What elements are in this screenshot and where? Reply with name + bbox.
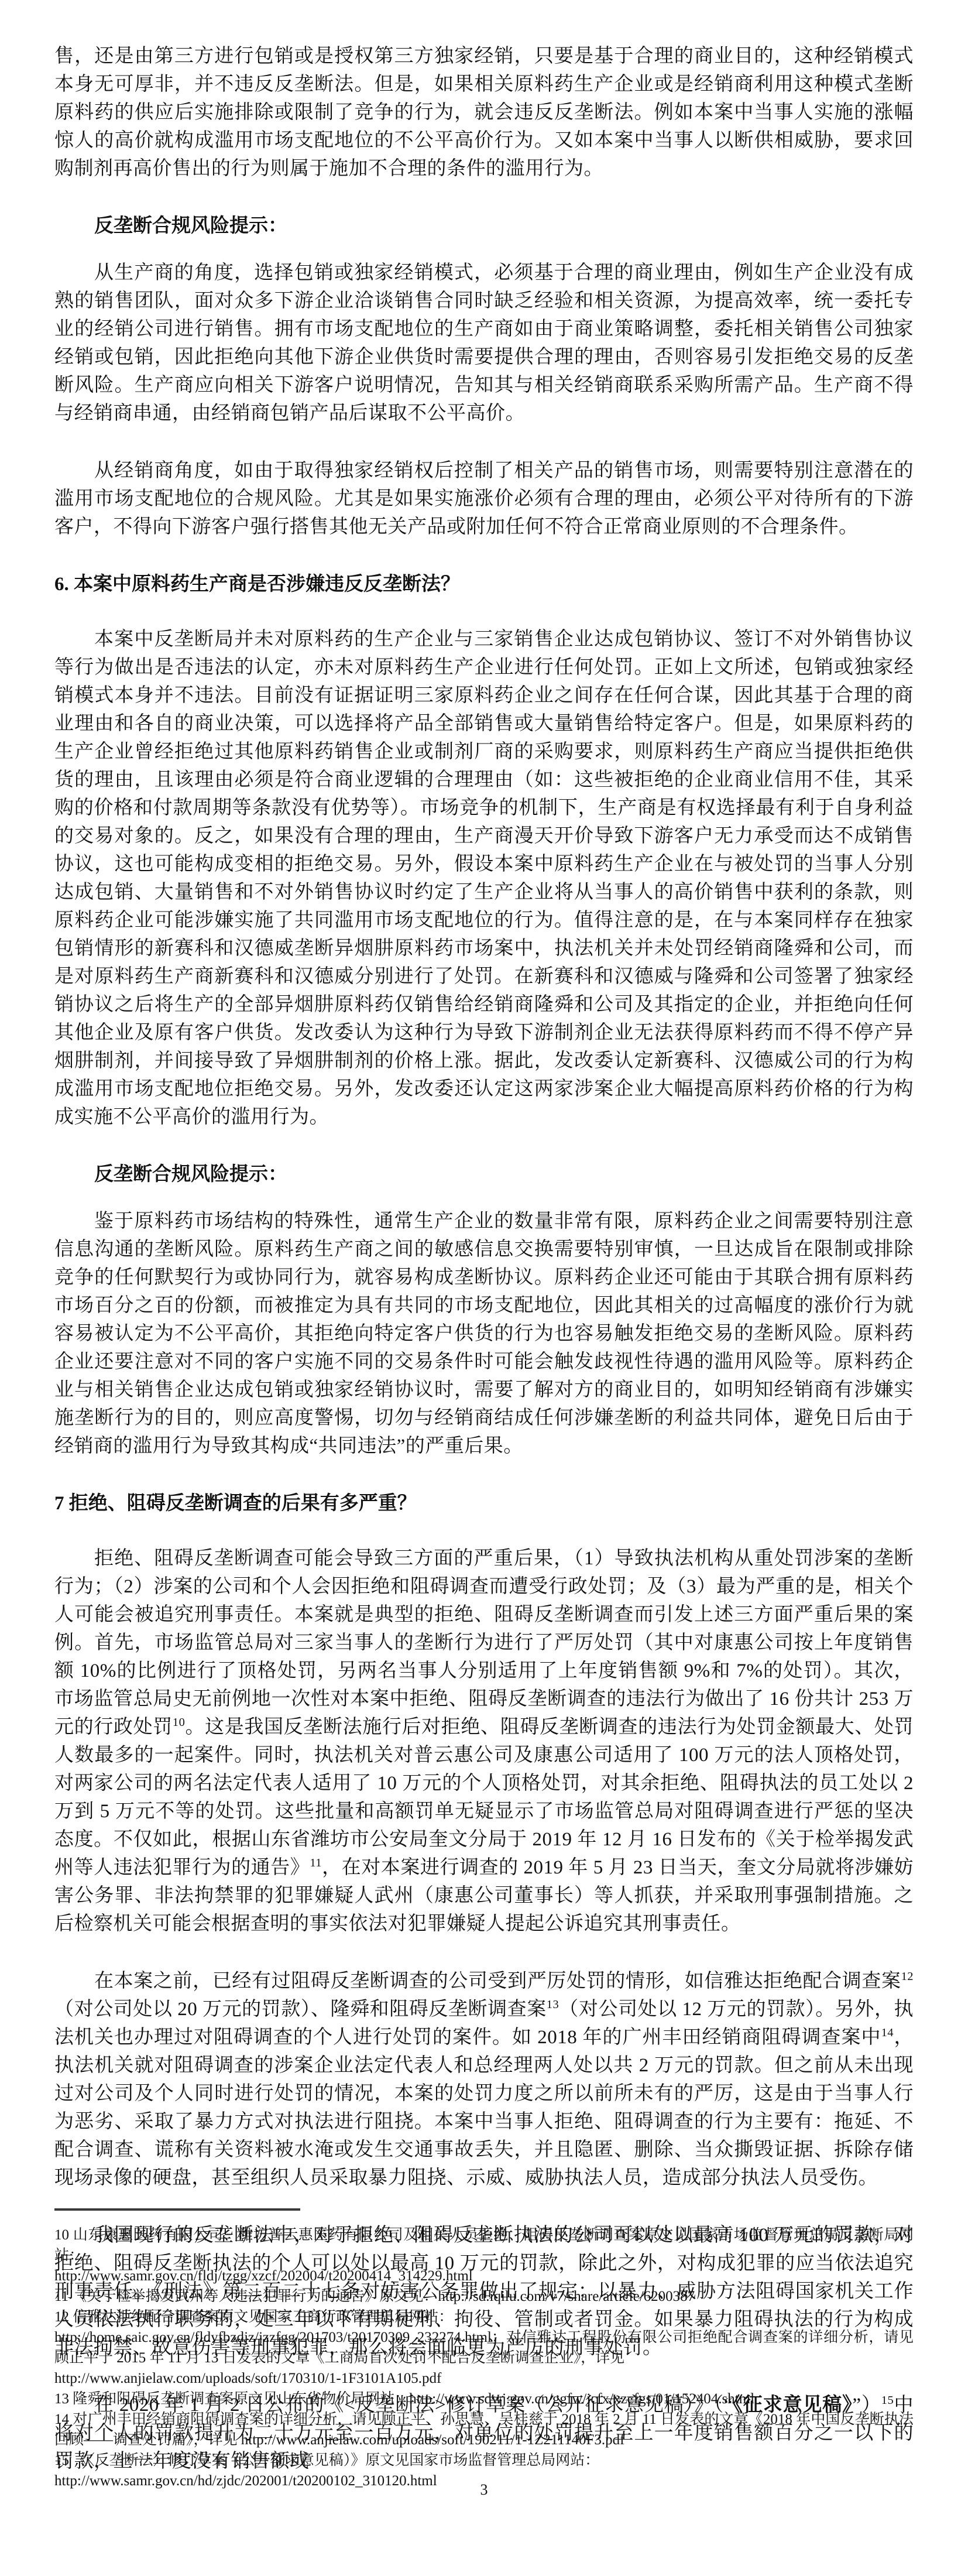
tip-heading: 反垄断合规风险提示： (54, 212, 914, 240)
footnote-reference: 11 (310, 1856, 322, 1869)
text-segment: ，执法机关就对阻碍调查的涉案企业法定代表人和总经理两人处以共 2 万元的罚款。但… (54, 2027, 914, 2188)
text-segment: 售，还是由第三方进行包销或是授权第三方独家经销，只要是基于合理的商业目的，这种经… (54, 46, 914, 179)
paragraph-producer-angle: 从生产商的角度，选择包销或独家经销模式，必须基于合理的商业理由，例如生产企业没有… (54, 259, 914, 427)
text-segment: 。这是我国反垄断法施行后对拒绝、阻碍反垄断调查的违法行为处罚金额最大、处罚人数最… (54, 1717, 914, 1878)
tip-heading: 反垄断合规风险提示： (54, 1160, 914, 1188)
footnote-line: 12 信雅达拒绝配合调查案原文见国家工商行政管理总局网站： (54, 2307, 914, 2327)
document-page: 售，还是由第三方进行包销或是授权第三方独家经销，只要是基于合理的商业目的，这种经… (0, 0, 968, 2576)
paragraph-section-7-consequences: 拒绝、阻碍反垄断调查可能会导致三方面的严重后果，（1）导致执法机构从重处罚涉案的… (54, 1544, 914, 1938)
footnote: 13 隆舜和阻碍反垄断调查案原文见山东省物价局网站：http://www.sdw… (54, 2389, 914, 2409)
footnote: 14 对广州丰田经销商阻碍调查案的详细分析，请见顾正平、孙思慧、吴桂慈于 201… (54, 2409, 914, 2450)
text-segment: 拒绝、阻碍反垄断调查可能会导致三方面的严重后果，（1）导致执法机构从重处罚涉案的… (54, 1548, 914, 1738)
footnote-reference: 14 (881, 2026, 894, 2039)
footnote-list: 10 山东康惠医药有限公司、潍坊普云惠医药有限公司及相关人员拒绝、阻碍反垄断调查… (54, 2225, 914, 2491)
footnote-line: 15 《〈反垄断法〉修订草案（公开征求意见稿）》原文见国家市场监督管理总局网站： (54, 2450, 914, 2471)
text-segment: 反垄断合规风险提示： (94, 215, 287, 237)
footnote-line: 14 对广州丰田经销商阻碍调查案的详细分析，请见顾正平、孙思慧、吴桂慈于 201… (54, 2409, 914, 2450)
text-segment: 从生产商的角度，选择包销或独家经销模式，必须基于合理的商业理由，例如生产企业没有… (54, 262, 914, 424)
text-segment: 反垄断合规风险提示： (94, 1164, 287, 1185)
footnote: 12 信雅达拒绝配合调查案原文见国家工商行政管理总局网站：http://home… (54, 2307, 914, 2389)
footnote-line: 13 隆舜和阻碍反垄断调查案原文见山东省物价局网站：http://www.sdw… (54, 2389, 914, 2409)
paragraph-distributor-angle: 从经销商角度，如由于取得独家经销权后控制了相关产品的销售市场，则需要特别注意潜在… (54, 457, 914, 541)
footnote: 11 《关于检举揭发武州等人违法犯罪行为的通告》原文见：http://sd.iq… (54, 2286, 914, 2307)
footnote-separator (54, 2208, 300, 2211)
footnote-line: 11 《关于检举揭发武州等人违法犯罪行为的通告》原文见：http://sd.iq… (54, 2286, 914, 2307)
footnote: 10 山东康惠医药有限公司、潍坊普云惠医药有限公司及相关人员拒绝、阻碍反垄断调查… (54, 2225, 914, 2286)
document-body: 售，还是由第三方进行包销或是授权第三方独家经销，只要是基于合理的商业目的，这种经… (54, 42, 914, 2505)
paragraph-continuation: 售，还是由第三方进行包销或是授权第三方独家经销，只要是基于合理的商业目的，这种经… (54, 42, 914, 183)
paragraph-prior-cases: 在本案之前，已经有过阻碍反垄断调查的公司受到严厉处罚的情形，如信雅达拒绝配合调查… (54, 1967, 914, 2192)
footnote-line: 10 山东康惠医药有限公司、潍坊普云惠医药有限公司及相关人员拒绝、阻碍反垄断调查… (54, 2225, 914, 2266)
footnote-reference: 10 (173, 1716, 185, 1729)
footnote-area: 10 山东康惠医药有限公司、潍坊普云惠医药有限公司及相关人员拒绝、阻碍反垄断调查… (54, 2208, 914, 2491)
section-6-heading: 6. 本案中原料药生产商是否涉嫌违反反垄断法？ (54, 570, 914, 598)
footnote-line: http://www.anjielaw.com/uploads/soft/170… (54, 2368, 914, 2389)
text-segment: 从经销商角度，如由于取得独家经销权后控制了相关产品的销售市场，则需要特别注意潜在… (54, 460, 914, 537)
footnote-line: http://home.saic.gov.cn/fldyfbzdjz/jzzfg… (54, 2327, 914, 2368)
text-segment: 鉴于原料药市场结构的特殊性，通常生产企业的数量非常有限，原料药企业之间需要特别注… (54, 1211, 914, 1457)
text-segment: 7 拒绝、阻碍反垄断调查的后果有多严重？ (54, 1493, 417, 1514)
text-segment: 6. 本案中原料药生产商是否涉嫌违反反垄断法？ (54, 574, 460, 595)
text-segment: 本案中反垄断局并未对原料药的生产企业与三家销售企业达成包销协议、签订不对外销售协… (54, 629, 914, 1128)
text-segment: （对公司处以 20 万元的罚款）、隆舜和阻碍反垄断调查案 (54, 1999, 547, 2020)
section-7-heading: 7 拒绝、阻碍反垄断调查的后果有多严重？ (54, 1489, 914, 1517)
text-segment: 在本案之前，已经有过阻碍反垄断调查的公司受到严厉处罚的情形，如信雅达拒绝配合调查… (94, 1971, 901, 1992)
footnote-reference: 13 (547, 1998, 559, 2011)
page-number: 3 (0, 2481, 968, 2499)
footnote-line: http://www.samr.gov.cn/fldj/tzgg/xzcf/20… (54, 2266, 914, 2286)
paragraph-section-6-analysis: 本案中反垄断局并未对原料药的生产企业与三家销售企业达成包销协议、签订不对外销售协… (54, 625, 914, 1131)
footnote-reference: 12 (901, 1970, 914, 1983)
paragraph-api-market-risk: 鉴于原料药市场结构的特殊性，通常生产企业的数量非常有限，原料药企业之间需要特别注… (54, 1207, 914, 1460)
